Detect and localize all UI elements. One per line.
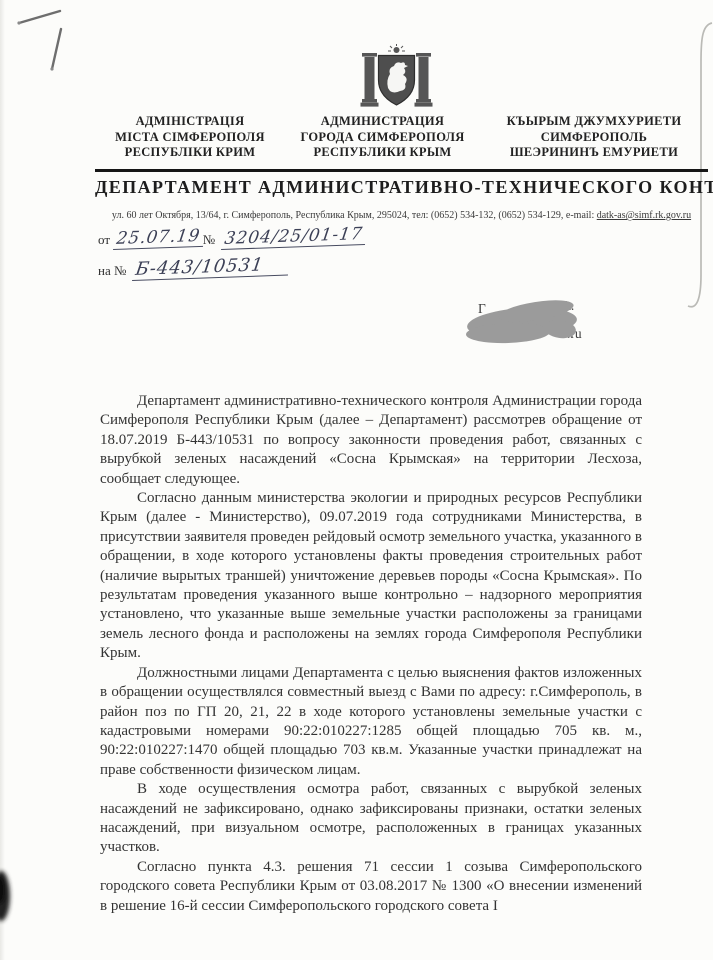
org-crh-line1: КЪЫРЫМ ДЖУМХУРИЕТИ bbox=[480, 114, 708, 130]
outgoing-date-handwritten: 25.07.19 bbox=[113, 227, 205, 250]
paragraph-4: В ходе осуществления осмотра работ, связ… bbox=[100, 780, 642, 858]
org-name-ukrainian: АДМІНІСТРАЦІЯ МІСТА СІМФЕРОПОЛЯ РЕСПУБЛІ… bbox=[95, 114, 285, 161]
crimea-coat-of-arms-emblem bbox=[360, 44, 433, 114]
paragraph-2: Согласно данным министерства экологии и … bbox=[100, 489, 642, 664]
number-sign-label: № bbox=[203, 232, 215, 248]
redaction-scribble bbox=[464, 299, 580, 347]
org-crh-line3: ШЕЭРИНИНЪ ЕМУРИЕТИ bbox=[480, 145, 708, 161]
outgoing-number-handwritten: 3204/25/01-17 bbox=[221, 225, 368, 250]
org-ru-line3: РЕСПУБЛИКИ КРЫМ bbox=[285, 145, 480, 161]
outgoing-reference-line: от 25.07.19 № 3204/25/01-17 bbox=[98, 230, 365, 250]
header-divider-rule bbox=[95, 169, 708, 172]
from-label: от bbox=[98, 232, 110, 248]
department-title: ДЕПАРТАМЕНТ АДМИНИСТРАТИВНО-ТЕХНИЧЕСКОГО… bbox=[95, 177, 708, 198]
paragraph-3: Должностными лицами Департамента с целью… bbox=[100, 664, 642, 780]
org-name-crimean-tatar: КЪЫРЫМ ДЖУМХУРИЕТИ СИМФЕРОПОЛЬ ШЕЭРИНИНЪ… bbox=[480, 114, 708, 161]
org-uk-line3: РЕСПУБЛІКИ КРИМ bbox=[95, 145, 285, 161]
paragraph-1: Департамент административно-технического… bbox=[100, 392, 642, 489]
org-ru-line1: АДМИНИСТРАЦИЯ bbox=[285, 114, 480, 130]
org-name-russian: АДМИНИСТРАЦИЯ ГОРОДА СИМФЕРОПОЛЯ РЕСПУБЛ… bbox=[285, 114, 480, 161]
scan-wire-artifact bbox=[688, 23, 712, 307]
addressee-block: Г О.А. .ru bbox=[470, 296, 640, 352]
scan-smudge bbox=[0, 871, 10, 921]
letter-body: Департамент административно-технического… bbox=[100, 392, 642, 916]
org-uk-line2: МІСТА СІМФЕРОПОЛЯ bbox=[95, 130, 285, 146]
paragraph-5: Согласно пункта 4.3. решения 71 сессии 1… bbox=[100, 858, 642, 916]
incoming-number-handwritten: Б-443/10531 bbox=[132, 255, 291, 281]
scanned-letter-page: АДМІНІСТРАЦІЯ МІСТА СІМФЕРОПОЛЯ РЕСПУБЛІ… bbox=[0, 0, 713, 960]
email-link: datk-as@simf.rk.gov.ru bbox=[597, 210, 691, 221]
pen-mark bbox=[17, 11, 61, 71]
reply-label: на № bbox=[98, 263, 126, 279]
org-ru-line2: ГОРОДА СИМФЕРОПОЛЯ bbox=[285, 130, 480, 146]
org-names-block: АДМІНІСТРАЦІЯ МІСТА СІМФЕРОПОЛЯ РЕСПУБЛІ… bbox=[95, 114, 708, 161]
org-uk-line1: АДМІНІСТРАЦІЯ bbox=[95, 114, 285, 130]
address-text: ул. 60 лет Октября, 13/64, г. Симферопол… bbox=[112, 210, 597, 221]
org-crh-line2: СИМФЕРОПОЛЬ bbox=[480, 130, 708, 146]
incoming-reference-line: на № Б-443/10531 bbox=[98, 261, 288, 281]
address-line: ул. 60 лет Октября, 13/64, г. Симферопол… bbox=[95, 210, 708, 221]
